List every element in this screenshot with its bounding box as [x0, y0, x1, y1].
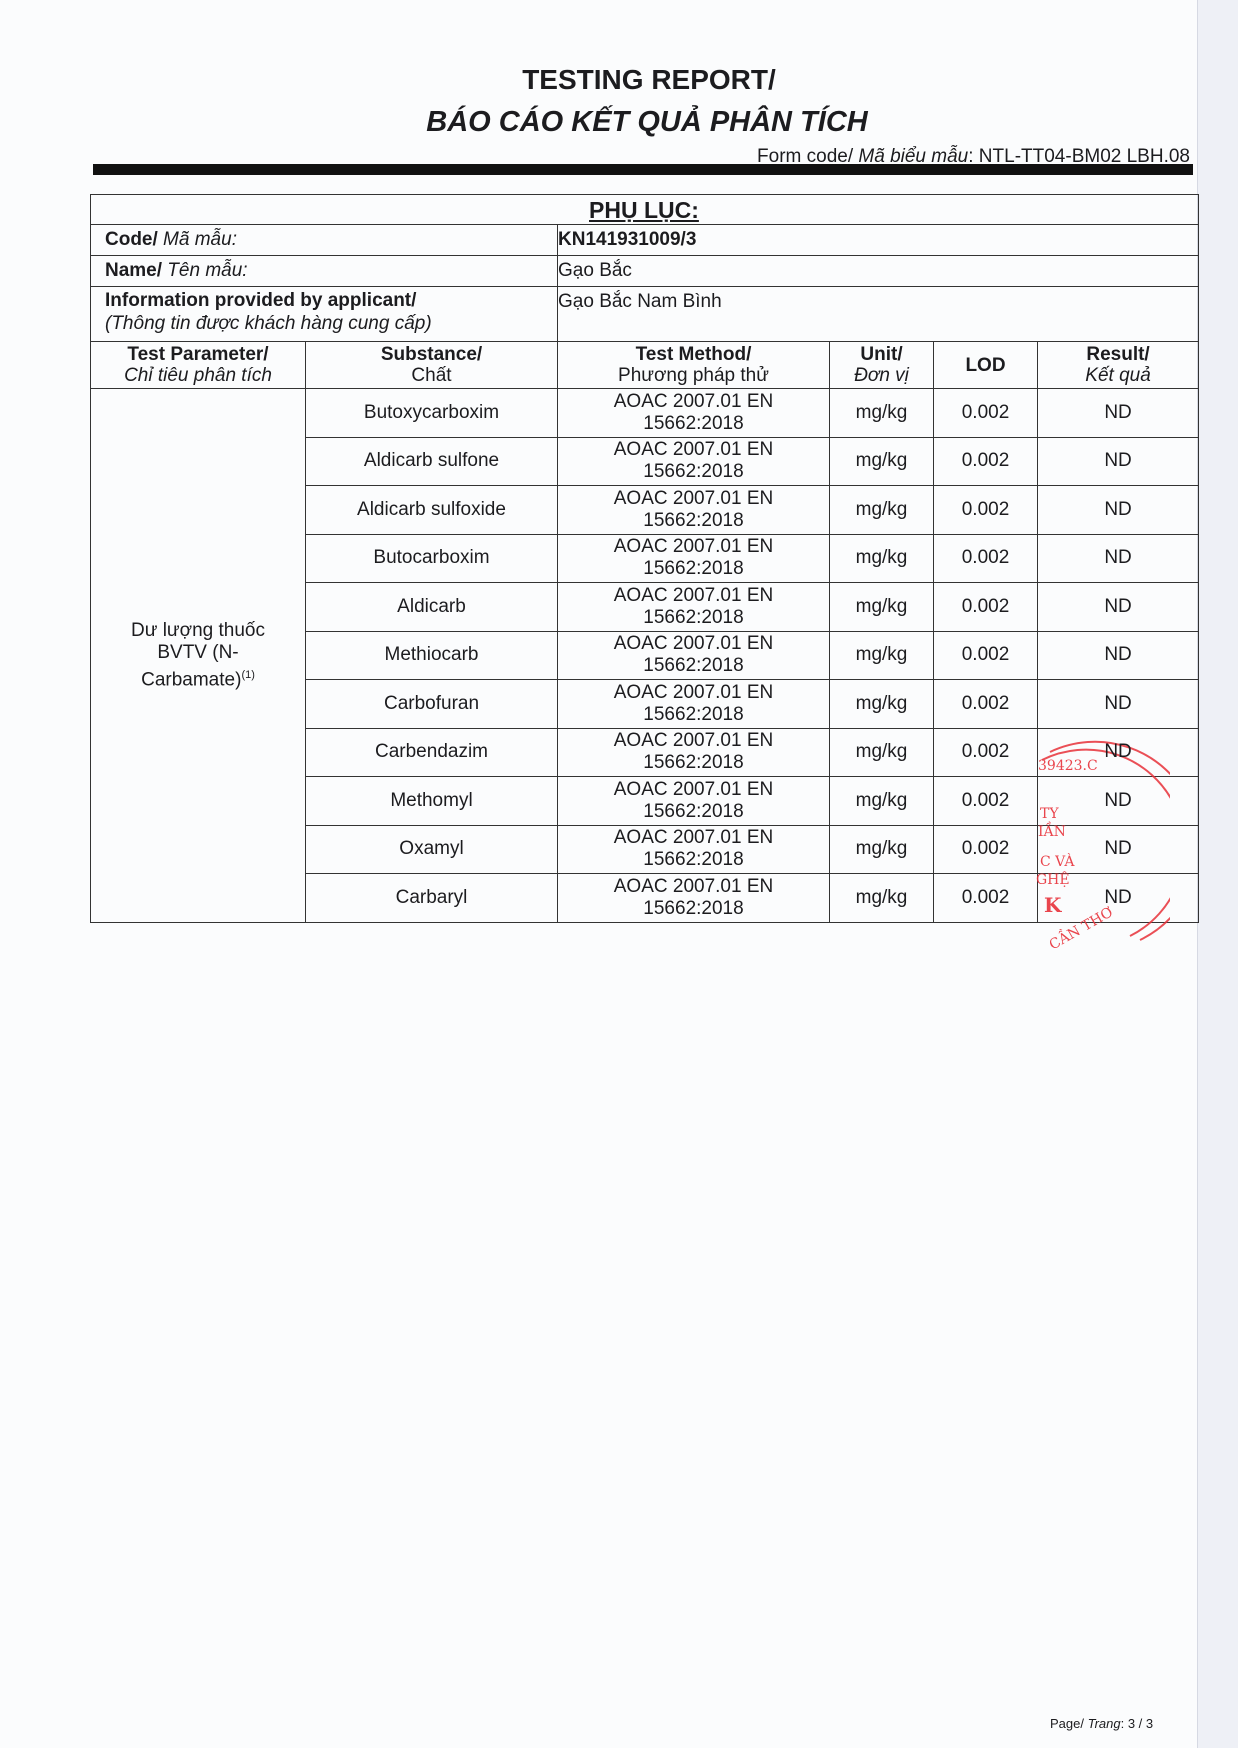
- method-cell: AOAC 2007.01 EN15662:2018: [558, 631, 830, 680]
- header-rule: [93, 164, 1193, 175]
- method-cell: AOAC 2007.01 EN15662:2018: [558, 534, 830, 583]
- result-value: ND: [1104, 838, 1131, 859]
- substance-cell: Aldicarb: [306, 583, 558, 632]
- result-value: ND: [1104, 450, 1131, 471]
- unit-cell: mg/kg: [830, 486, 934, 535]
- sample-name-label: Name/ Tên mẫu:: [91, 256, 558, 287]
- unit-cell: mg/kg: [830, 389, 934, 438]
- table-header-row: Test Parameter/Chỉ tiêu phân tích Substa…: [91, 342, 1199, 389]
- applicant-info-value: Gạo Bắc Nam Bình: [558, 287, 1199, 342]
- appendix-table: PHỤ LỤC: Code/ Mã mẫu: KN141931009/3 Nam…: [90, 194, 1199, 923]
- report-title-vi: BÁO CÁO KẾT QUẢ PHÂN TÍCH: [0, 106, 1238, 139]
- lod-cell: 0.002: [934, 825, 1038, 874]
- result-cell: ND: [1038, 777, 1199, 826]
- substance-cell: Methomyl: [306, 777, 558, 826]
- method-cell: AOAC 2007.01 EN15662:2018: [558, 874, 830, 923]
- applicant-info-row: Information provided by applicant/(Thông…: [91, 287, 1199, 342]
- col-header-parameter: Test Parameter/Chỉ tiêu phân tích: [91, 342, 306, 389]
- result-cell: ND: [1038, 389, 1199, 438]
- substance-cell: Aldicarb sulfone: [306, 437, 558, 486]
- result-value: ND: [1104, 644, 1131, 665]
- method-cell: AOAC 2007.01 EN15662:2018: [558, 389, 830, 438]
- result-value: ND: [1104, 693, 1131, 714]
- page-number: Page/ Trang: 3 / 3: [1050, 1716, 1153, 1731]
- result-cell: ND: [1038, 583, 1199, 632]
- test-parameter-cell: Dư lượng thuốc BVTV (N-Carbamate)(1): [91, 389, 306, 923]
- col-header-unit: Unit/Đơn vị: [830, 342, 934, 389]
- result-value: ND: [1104, 790, 1131, 811]
- sample-code-value: KN141931009/3: [558, 225, 1199, 256]
- lod-cell: 0.002: [934, 631, 1038, 680]
- result-cell: ND: [1038, 874, 1199, 923]
- col-header-result: Result/Kết quả: [1038, 342, 1199, 389]
- substance-cell: Oxamyl: [306, 825, 558, 874]
- lod-cell: 0.002: [934, 389, 1038, 438]
- lod-cell: 0.002: [934, 874, 1038, 923]
- lod-cell: 0.002: [934, 486, 1038, 535]
- unit-cell: mg/kg: [830, 728, 934, 777]
- result-cell: ND: [1038, 680, 1199, 729]
- substance-cell: Butocarboxim: [306, 534, 558, 583]
- unit-cell: mg/kg: [830, 631, 934, 680]
- sample-code-label: Code/ Mã mẫu:: [91, 225, 558, 256]
- footnote-marker: (1): [241, 669, 254, 681]
- method-cell: AOAC 2007.01 EN15662:2018: [558, 437, 830, 486]
- substance-cell: Butoxycarboxim: [306, 389, 558, 438]
- applicant-info-label: Information provided by applicant/(Thông…: [91, 287, 558, 342]
- report-title-en: TESTING REPORT/: [0, 64, 1238, 96]
- method-cell: AOAC 2007.01 EN15662:2018: [558, 825, 830, 874]
- unit-cell: mg/kg: [830, 680, 934, 729]
- method-cell: AOAC 2007.01 EN15662:2018: [558, 777, 830, 826]
- unit-cell: mg/kg: [830, 534, 934, 583]
- substance-cell: Aldicarb sulfoxide: [306, 486, 558, 535]
- unit-cell: mg/kg: [830, 583, 934, 632]
- lod-cell: 0.002: [934, 777, 1038, 826]
- sample-name-value: Gạo Bắc: [558, 256, 1199, 287]
- result-cell: ND: [1038, 728, 1199, 777]
- result-value: ND: [1104, 887, 1131, 908]
- unit-cell: mg/kg: [830, 874, 934, 923]
- substance-cell: Methiocarb: [306, 631, 558, 680]
- lod-cell: 0.002: [934, 680, 1038, 729]
- unit-cell: mg/kg: [830, 777, 934, 826]
- result-cell: ND: [1038, 631, 1199, 680]
- method-cell: AOAC 2007.01 EN15662:2018: [558, 728, 830, 777]
- sample-name-row: Name/ Tên mẫu: Gạo Bắc: [91, 256, 1199, 287]
- col-header-lod: LOD: [934, 342, 1038, 389]
- lod-cell: 0.002: [934, 534, 1038, 583]
- result-value: ND: [1104, 499, 1131, 520]
- unit-cell: mg/kg: [830, 825, 934, 874]
- col-header-method: Test Method/Phương pháp thử: [558, 342, 830, 389]
- result-cell: ND: [1038, 825, 1199, 874]
- method-cell: AOAC 2007.01 EN15662:2018: [558, 583, 830, 632]
- substance-cell: Carbendazim: [306, 728, 558, 777]
- scan-page-edge: [1197, 0, 1238, 1748]
- result-value: ND: [1104, 547, 1131, 568]
- appendix-title-cell: PHỤ LỤC:: [91, 195, 1199, 225]
- result-value: ND: [1104, 596, 1131, 617]
- lod-cell: 0.002: [934, 583, 1038, 632]
- lod-cell: 0.002: [934, 728, 1038, 777]
- method-cell: AOAC 2007.01 EN15662:2018: [558, 680, 830, 729]
- col-header-substance: Substance/Chất: [306, 342, 558, 389]
- result-cell: ND: [1038, 486, 1199, 535]
- method-cell: AOAC 2007.01 EN15662:2018: [558, 486, 830, 535]
- substance-cell: Carbofuran: [306, 680, 558, 729]
- table-row: Dư lượng thuốc BVTV (N-Carbamate)(1)Buto…: [91, 389, 1199, 438]
- result-value: ND: [1104, 402, 1131, 423]
- result-cell: ND: [1038, 534, 1199, 583]
- sample-code-row: Code/ Mã mẫu: KN141931009/3: [91, 225, 1199, 256]
- result-cell: ND: [1038, 437, 1199, 486]
- appendix-title: PHỤ LỤC:: [589, 197, 699, 224]
- unit-cell: mg/kg: [830, 437, 934, 486]
- result-value: ND: [1104, 741, 1131, 762]
- lod-cell: 0.002: [934, 437, 1038, 486]
- substance-cell: Carbaryl: [306, 874, 558, 923]
